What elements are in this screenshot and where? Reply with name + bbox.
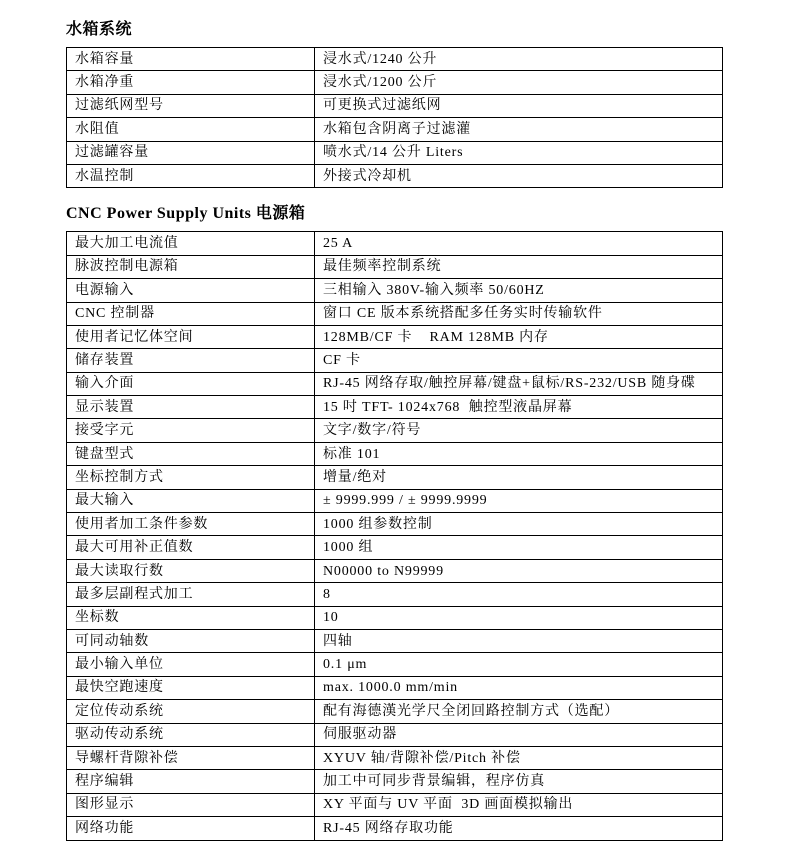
water-tank-table-body: 水箱容量浸水式/1240 公升水箱净重浸水式/1200 公斤过滤纸网型号可更换式… (67, 48, 723, 188)
spec-label: 定位传动系统 (67, 700, 315, 723)
spec-value: 窗口 CE 版本系统搭配多任务实时传输软件 (315, 302, 723, 325)
table-row: 定位传动系统配有海德漢光学尺全闭回路控制方式（选配） (67, 700, 723, 723)
table-row: 最大读取行数N00000 to N99999 (67, 559, 723, 582)
table-row: 驱动传动系统伺服驱动器 (67, 723, 723, 746)
spec-value: XY 平面与 UV 平面 3D 画面模拟输出 (315, 793, 723, 816)
spec-value: 文字/数字/符号 (315, 419, 723, 442)
spec-label: 接受字元 (67, 419, 315, 442)
table-row: 键盘型式标准 101 (67, 442, 723, 465)
table-row: 坐标控制方式增量/绝对 (67, 466, 723, 489)
spec-label: 驱动传动系统 (67, 723, 315, 746)
cnc-power-supply-table-body: 最大加工电流值25 A脉波控制电源箱最佳频率控制系统电源输入三相输入 380V-… (67, 232, 723, 840)
table-row: 最大可用补正值数1000 组 (67, 536, 723, 559)
table-row: 图形显示XY 平面与 UV 平面 3D 画面模拟输出 (67, 793, 723, 816)
spec-value: 浸水式/1200 公斤 (315, 71, 723, 94)
spec-label: 程序编辑 (67, 770, 315, 793)
table-row: 输入介面RJ-45 网络存取/触控屏幕/键盘+鼠标/RS-232/USB 随身碟 (67, 372, 723, 395)
table-row: 网络功能RJ-45 网络存取功能 (67, 817, 723, 840)
spec-value: CF 卡 (315, 349, 723, 372)
spec-value: 伺服驱动器 (315, 723, 723, 746)
spec-value: 1000 组参数控制 (315, 513, 723, 536)
table-row: 接受字元文字/数字/符号 (67, 419, 723, 442)
spec-label: 最快空跑速度 (67, 676, 315, 699)
spec-label: CNC 控制器 (67, 302, 315, 325)
spec-label: 网络功能 (67, 817, 315, 840)
spec-label: 水阻值 (67, 118, 315, 141)
table-row: 坐标数10 (67, 606, 723, 629)
table-row: 程序编辑加工中可同步背景编辑，程序仿真 (67, 770, 723, 793)
spec-value: 最佳频率控制系统 (315, 255, 723, 278)
table-row: 可同动轴数四轴 (67, 629, 723, 652)
table-row: 最大加工电流值25 A (67, 232, 723, 255)
spec-label: 显示装置 (67, 396, 315, 419)
table-row: 最大输入± 9999.999 / ± 9999.9999 (67, 489, 723, 512)
document-content: 水箱系统 水箱容量浸水式/1240 公升水箱净重浸水式/1200 公斤过滤纸网型… (0, 0, 793, 841)
spec-value: 加工中可同步背景编辑，程序仿真 (315, 770, 723, 793)
section-water-tank-system: 水箱系统 水箱容量浸水式/1240 公升水箱净重浸水式/1200 公斤过滤纸网型… (66, 20, 793, 188)
table-row: 显示装置15 吋 TFT- 1024x768 触控型液晶屏幕 (67, 396, 723, 419)
spec-value: RJ-45 网络存取/触控屏幕/键盘+鼠标/RS-232/USB 随身碟 (315, 372, 723, 395)
table-row: 最多层副程式加工8 (67, 583, 723, 606)
spec-label: 水温控制 (67, 164, 315, 187)
spec-value: max. 1000.0 mm/min (315, 676, 723, 699)
spec-label: 键盘型式 (67, 442, 315, 465)
spec-label: 使用者记忆体空间 (67, 325, 315, 348)
spec-label: 水箱容量 (67, 48, 315, 71)
spec-label: 最大可用补正值数 (67, 536, 315, 559)
document-page: 水箱系统 水箱容量浸水式/1240 公升水箱净重浸水式/1200 公斤过滤纸网型… (0, 0, 793, 851)
spec-label: 最大输入 (67, 489, 315, 512)
spec-label: 使用者加工条件参数 (67, 513, 315, 536)
spec-value: ± 9999.999 / ± 9999.9999 (315, 489, 723, 512)
table-row: 脉波控制电源箱最佳频率控制系统 (67, 255, 723, 278)
table-row: 使用者加工条件参数1000 组参数控制 (67, 513, 723, 536)
spec-value: 1000 组 (315, 536, 723, 559)
table-row: 水阻值水箱包含阴离子过滤灌 (67, 118, 723, 141)
section-cnc-power-supply: CNC Power Supply Units 电源箱 最大加工电流值25 A脉波… (66, 204, 793, 840)
table-row: 水温控制外接式冷却机 (67, 164, 723, 187)
spec-value: 15 吋 TFT- 1024x768 触控型液晶屏幕 (315, 396, 723, 419)
spec-label: 坐标控制方式 (67, 466, 315, 489)
spec-value: 增量/绝对 (315, 466, 723, 489)
water-tank-spec-table: 水箱容量浸水式/1240 公升水箱净重浸水式/1200 公斤过滤纸网型号可更换式… (66, 47, 723, 188)
spec-value: 三相输入 380V-输入频率 50/60HZ (315, 279, 723, 302)
table-row: CNC 控制器窗口 CE 版本系统搭配多任务实时传输软件 (67, 302, 723, 325)
table-row: 过滤罐容量喷水式/14 公升 Liters (67, 141, 723, 164)
spec-value: 可更换式过滤纸网 (315, 94, 723, 117)
spec-label: 最小输入单位 (67, 653, 315, 676)
water-tank-section-title: 水箱系统 (66, 20, 793, 39)
table-row: 使用者记忆体空间128MB/CF 卡 RAM 128MB 内存 (67, 325, 723, 348)
spec-value: 四轴 (315, 629, 723, 652)
spec-value: 配有海德漢光学尺全闭回路控制方式（选配） (315, 700, 723, 723)
table-row: 水箱容量浸水式/1240 公升 (67, 48, 723, 71)
spec-label: 最大读取行数 (67, 559, 315, 582)
spec-label: 图形显示 (67, 793, 315, 816)
spec-label: 电源输入 (67, 279, 315, 302)
table-row: 储存装置CF 卡 (67, 349, 723, 372)
spec-value: 喷水式/14 公升 Liters (315, 141, 723, 164)
spec-value: RJ-45 网络存取功能 (315, 817, 723, 840)
table-row: 最快空跑速度max. 1000.0 mm/min (67, 676, 723, 699)
table-row: 电源输入三相输入 380V-输入频率 50/60HZ (67, 279, 723, 302)
table-row: 过滤纸网型号可更换式过滤纸网 (67, 94, 723, 117)
spec-label: 输入介面 (67, 372, 315, 395)
spec-label: 导螺杆背隙补偿 (67, 746, 315, 769)
spec-label: 坐标数 (67, 606, 315, 629)
spec-value: N00000 to N99999 (315, 559, 723, 582)
table-row: 最小输入单位0.1 μm (67, 653, 723, 676)
spec-label: 过滤罐容量 (67, 141, 315, 164)
table-row: 水箱净重浸水式/1200 公斤 (67, 71, 723, 94)
spec-label: 最多层副程式加工 (67, 583, 315, 606)
spec-label: 过滤纸网型号 (67, 94, 315, 117)
cnc-power-supply-spec-table: 最大加工电流值25 A脉波控制电源箱最佳频率控制系统电源输入三相输入 380V-… (66, 231, 723, 840)
table-row: 导螺杆背隙补偿XYUV 轴/背隙补偿/Pitch 补偿 (67, 746, 723, 769)
spec-value: 水箱包含阴离子过滤灌 (315, 118, 723, 141)
spec-value: 外接式冷却机 (315, 164, 723, 187)
spec-value: 浸水式/1240 公升 (315, 48, 723, 71)
spec-label: 可同动轴数 (67, 629, 315, 652)
spec-value: 128MB/CF 卡 RAM 128MB 内存 (315, 325, 723, 348)
spec-label: 水箱净重 (67, 71, 315, 94)
spec-value: 25 A (315, 232, 723, 255)
spec-value: 10 (315, 606, 723, 629)
spec-label: 最大加工电流值 (67, 232, 315, 255)
cnc-power-supply-section-title: CNC Power Supply Units 电源箱 (66, 204, 793, 223)
spec-value: XYUV 轴/背隙补偿/Pitch 补偿 (315, 746, 723, 769)
spec-value: 标准 101 (315, 442, 723, 465)
spec-value: 0.1 μm (315, 653, 723, 676)
spec-label: 储存装置 (67, 349, 315, 372)
spec-value: 8 (315, 583, 723, 606)
spec-label: 脉波控制电源箱 (67, 255, 315, 278)
